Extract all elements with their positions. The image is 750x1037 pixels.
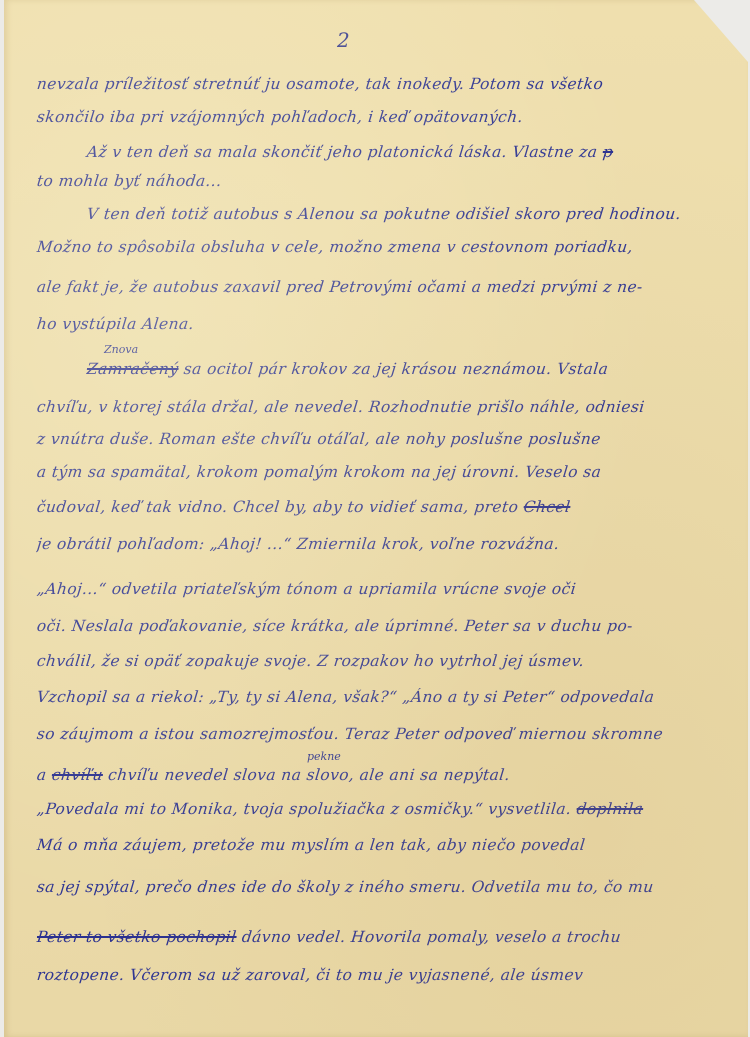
manuscript-line: oči. Neslala poďakovanie, síce krátka, a…: [36, 617, 728, 635]
manuscript-line: Zamračený sa ocitol pár krokov za jej kr…: [36, 360, 728, 378]
manuscript-line: Až v ten deň sa mala skončiť jeho platon…: [36, 143, 728, 161]
struck-text: Chcel: [523, 498, 572, 516]
struck-text: chvíľu: [51, 766, 104, 784]
manuscript-line: chvíľu, v ktorej stála držal, ale nevede…: [36, 398, 728, 416]
manuscript-line: Peter to všetko pochopil dávno vedel. Ho…: [36, 928, 728, 946]
manuscript-line: Má o mňa záujem, pretože mu myslím a len…: [36, 836, 728, 854]
inserted-word: pekne: [307, 750, 341, 763]
manuscript-line: Možno to spôsobila obsluha v cele, možno…: [36, 238, 728, 256]
manuscript-line: so záujmom a istou samozrejmosťou. Teraz…: [36, 725, 728, 743]
manuscript-line: ho vystúpila Alena.: [36, 315, 728, 333]
manuscript-line: čudoval, keď tak vidno. Chcel by, aby to…: [36, 498, 728, 516]
manuscript-line: z vnútra duše. Roman ešte chvíľu otáľal,…: [36, 430, 728, 448]
manuscript-line: „Ahoj...“ odvetila priateľským tónom a u…: [36, 580, 728, 598]
manuscript-line: skončilo iba pri vzájomných pohľadoch, i…: [36, 108, 728, 126]
struck-text: Zamračený: [86, 360, 179, 378]
manuscript-line: je obrátil pohľadom: „Ahoj! ...“ Zmierni…: [36, 535, 728, 553]
manuscript-line: a chvíľu chvíľu nevedel slova na slovo, …: [36, 766, 728, 784]
manuscript-page: 2 nevzala príležitosť stretnúť ju osamot…: [4, 0, 748, 1037]
manuscript-line: V ten deň totiž autobus s Alenou sa poku…: [36, 205, 728, 223]
manuscript-line: roztopene. Včerom sa už zaroval, či to m…: [36, 966, 728, 984]
manuscript-line: chválil, že si opäť zopakuje svoje. Z ro…: [36, 652, 728, 670]
manuscript-line: to mohla byť náhoda...: [36, 172, 728, 190]
manuscript-line: sa jej spýtal, prečo dnes ide do školy z…: [36, 878, 728, 896]
manuscript-line: „Povedala mi to Monika, tvoja spolužiačk…: [36, 800, 728, 818]
manuscript-line: nevzala príležitosť stretnúť ju osamote,…: [36, 75, 728, 93]
manuscript-line: Vzchopil sa a riekol: „Ty, ty si Alena, …: [36, 688, 728, 706]
manuscript-line: a tým sa spamätal, krokom pomalým krokom…: [36, 463, 728, 481]
struck-text: p: [602, 143, 614, 161]
struck-text: doplnila: [576, 800, 644, 818]
manuscript-line: ale fakt je, že autobus zaxavil pred Pet…: [36, 278, 728, 296]
page-number: 2: [337, 28, 350, 52]
struck-text: Peter to všetko pochopil: [36, 928, 237, 946]
inserted-word: Znova: [104, 343, 138, 356]
